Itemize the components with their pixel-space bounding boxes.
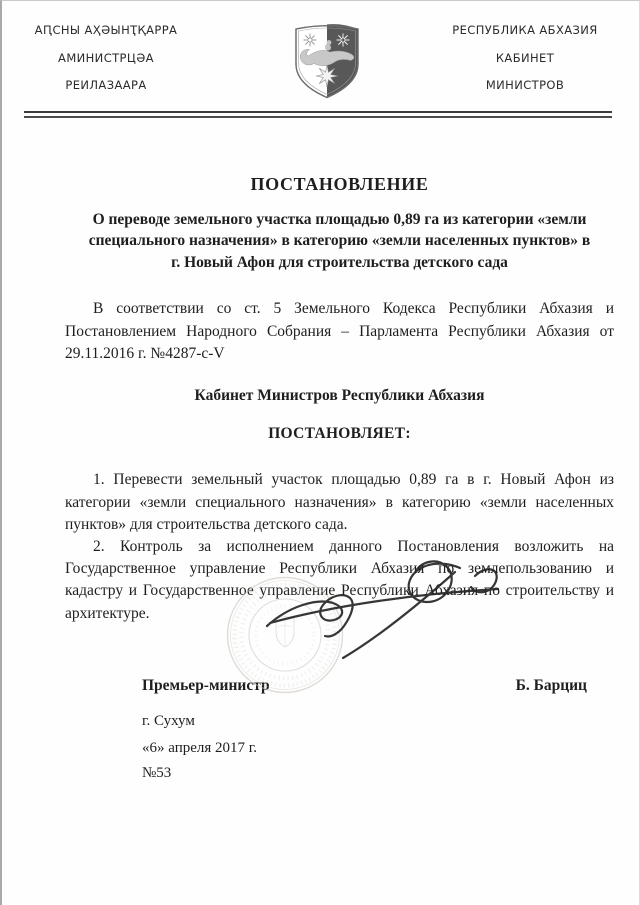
- header-right-line: РЕСПУБЛИКА АБХАЗИЯ: [444, 25, 606, 37]
- authority-line: Кабинет Министров Республики Абхазия: [65, 385, 614, 407]
- double-rule-separator: [24, 111, 612, 118]
- decree-item-1: 1. Перевести земельный участок площадью …: [65, 469, 614, 536]
- document-body: ПОСТАНОВЛЕНИЕ О переводе земельного учас…: [65, 118, 614, 783]
- doc-subject: О переводе земельного участка площадью 0…: [86, 209, 593, 274]
- header-left-line: АԤСНЫ АҲӘЫНҬҚАРРА: [30, 25, 182, 37]
- decree-item-2: 2. Контроль за исполнением данного Поста…: [65, 536, 614, 625]
- footer-date: «6» апреля 2017 г.: [65, 738, 614, 758]
- signature-role: Премьер-министр: [142, 675, 270, 697]
- header-right-line: КАБИНЕТ: [444, 53, 606, 65]
- header-left-abkhaz: АԤСНЫ АҲӘЫНҬҚАРРА АМИНИСТРЦӘА РЕИЛАЗААРА: [30, 25, 182, 108]
- abkhazia-coat-of-arms-icon: [293, 21, 361, 101]
- doc-title: ПОСТАНОВЛЕНИЕ: [65, 175, 614, 195]
- footer-number: №53: [65, 763, 614, 783]
- header-left-line: АМИНИСТРЦӘА: [30, 53, 182, 65]
- preamble-paragraph: В соответствии со ст. 5 Земельного Кодек…: [65, 298, 614, 365]
- resolution-word: ПОСТАНОВЛЯЕТ:: [65, 423, 614, 445]
- decree-items: 1. Перевести земельный участок площадью …: [65, 469, 614, 624]
- decree-document-page: АԤСНЫ АҲӘЫНҬҚАРРА АМИНИСТРЦӘА РЕИЛАЗААРА: [0, 0, 640, 905]
- header-left-line: РЕИЛАЗААРА: [30, 80, 182, 92]
- signature-row: Премьер-министр Б. Барциц: [65, 675, 614, 697]
- footer-city: г. Сухум: [65, 711, 614, 731]
- signature-name: Б. Барциц: [516, 675, 587, 697]
- header-right-line: МИНИСТРОВ: [444, 80, 606, 92]
- header-right-russian: РЕСПУБЛИКА АБХАЗИЯ КАБИНЕТ МИНИСТРОВ: [444, 25, 606, 108]
